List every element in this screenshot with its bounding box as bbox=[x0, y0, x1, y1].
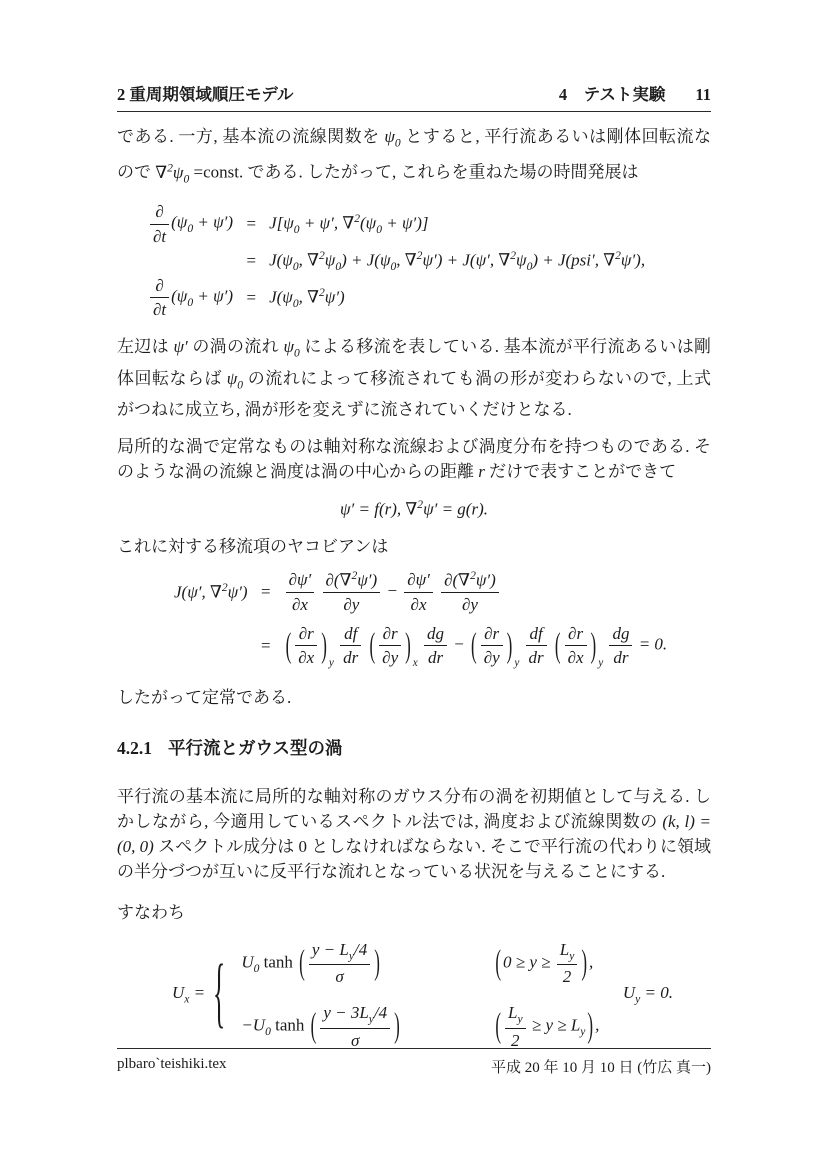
section-number: 4.2.1 bbox=[117, 736, 152, 760]
cases-grid: U0 tanh (y − Ly/4σ) (0 ≥ y ≥ Ly2), −U0 t… bbox=[241, 939, 599, 1051]
paragraph-steady-conclusion: したがって定常である. bbox=[117, 685, 711, 710]
left-brace: { bbox=[213, 949, 225, 1041]
header-rule bbox=[117, 111, 711, 112]
equals-sign: = bbox=[233, 251, 269, 271]
equals-sign: = bbox=[248, 636, 284, 656]
paragraph-basic-flow: である. 一方, 基本流の流線関数を ψ0 とすると, 平行流あるいは剛体回転流… bbox=[117, 124, 711, 191]
equals-sign: = bbox=[233, 214, 269, 234]
equation-shear-flow: Ux = { U0 tanh (y − Ly/4σ) (0 ≥ y ≥ Ly2)… bbox=[172, 939, 711, 1051]
footer-filename: plbaro`teishiki.tex bbox=[117, 1056, 227, 1077]
paragraph-advection: 左辺は ψ′ の渦の流れ ψ0 による移流を表している. 基本流が平行流あるいは… bbox=[117, 334, 711, 422]
equals-sign: = bbox=[248, 582, 284, 602]
footer-date: 平成 20 年 10 月 10 日 (竹広 真一) bbox=[491, 1056, 711, 1077]
equals-sign: = bbox=[233, 288, 269, 308]
equation-jacobian: J(ψ′, ∇2ψ′) = ∂ψ′∂x ∂(∇2ψ′)∂y − ∂ψ′∂x ∂(… bbox=[174, 569, 711, 669]
paragraph-gaussian-vortex: 平行流の基本流に局所的な軸対称のガウス分布の渦を初期値として与える. しかしなが… bbox=[117, 784, 711, 884]
footer-row: plbaro`teishiki.tex 平成 20 年 10 月 10 日 (竹… bbox=[117, 1049, 711, 1077]
paragraph-axisymmetric-vortex: 局所的な渦で定常なものは軸対称な流線および渦度分布を持つものである. そのような… bbox=[117, 434, 711, 484]
case1-expression: U0 tanh (y − Ly/4σ) bbox=[241, 939, 493, 988]
equation-lhs: ∂∂t(ψ0 + ψ′) bbox=[148, 275, 233, 321]
equation-rhs: J(ψ0, ∇2ψ0) + J(ψ0, ∇2ψ′) + J(ψ′, ∇2ψ0) … bbox=[269, 249, 645, 273]
header-right-group: 4 テスト実験 11 bbox=[559, 84, 711, 106]
paragraph-namely: すなわち bbox=[117, 900, 711, 925]
equation-rhs: J[ψ0 + ψ′, ∇2(ψ0 + ψ′)] bbox=[269, 212, 645, 236]
uy-equation: Uy = 0. bbox=[623, 983, 673, 1005]
equation-lhs: Ux = bbox=[172, 983, 205, 1005]
equation-time-evolution: ∂∂t(ψ0 + ψ′) = J[ψ0 + ψ′, ∇2(ψ0 + ψ′)] =… bbox=[148, 201, 711, 320]
page-header: 2 重周期領域順圧モデル 4 テスト実験 11 bbox=[117, 0, 711, 112]
equation-lhs: ∂∂t(ψ0 + ψ′) bbox=[148, 201, 233, 247]
case2-condition: (Ly2 ≥ y ≥ Ly), bbox=[493, 1002, 599, 1051]
header-row: 2 重周期領域順圧モデル 4 テスト実験 11 bbox=[117, 84, 711, 106]
equation-steady-vortex: ψ′ = f(r), ∇2ψ′ = g(r). bbox=[117, 498, 711, 520]
equation-lhs: J(ψ′, ∇2ψ′) bbox=[174, 581, 248, 603]
equation-rhs: ∂ψ′∂x ∂(∇2ψ′)∂y − ∂ψ′∂x ∂(∇2ψ′)∂y bbox=[284, 569, 668, 615]
page-content: 2 重周期領域順圧モデル 4 テスト実験 11 である. 一方, 基本流の流線関… bbox=[117, 0, 711, 1051]
section-heading: 4.2.1 平行流とガウス型の渦 bbox=[117, 736, 711, 760]
page-number: 11 bbox=[695, 84, 711, 106]
paragraph-jacobian-intro: これに対する移流項のヤコビアンは bbox=[117, 534, 711, 559]
header-section-label: 4 テスト実験 bbox=[559, 84, 666, 106]
page-footer: plbaro`teishiki.tex 平成 20 年 10 月 10 日 (竹… bbox=[117, 1048, 711, 1077]
section-title: 平行流とガウス型の渦 bbox=[168, 736, 342, 760]
header-chapter-title: 2 重周期領域順圧モデル bbox=[117, 84, 294, 106]
case2-expression: −U0 tanh (y − 3Ly/4σ) bbox=[241, 1002, 493, 1051]
equation-rhs: J(ψ0, ∇2ψ′) bbox=[269, 286, 645, 310]
equation-rhs: (∂r∂x)y dfdr (∂r∂y)x dgdr − (∂r∂y)y dfdr… bbox=[284, 623, 668, 669]
document-page: 2 重周期領域順圧モデル 4 テスト実験 11 である. 一方, 基本流の流線関… bbox=[0, 0, 826, 1169]
case1-condition: (0 ≥ y ≥ Ly2), bbox=[493, 939, 599, 988]
